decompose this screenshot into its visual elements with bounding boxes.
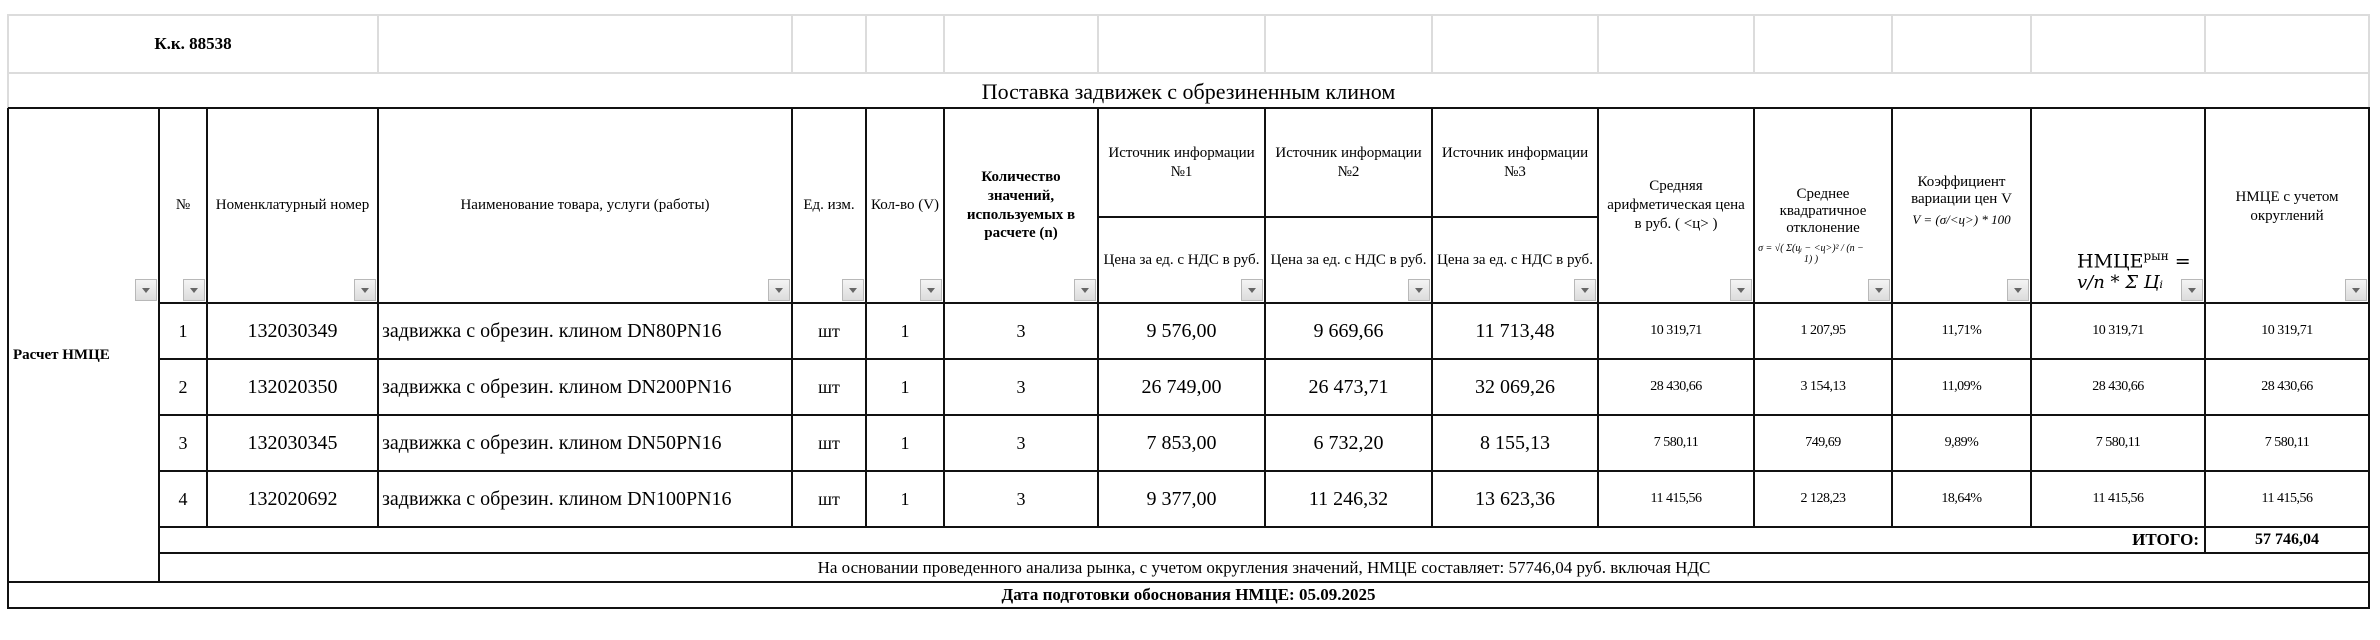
cv-formula: V = (σ/<ц>) * 100: [1912, 212, 2010, 228]
row-mean: 7 580,11: [1598, 415, 1754, 471]
filter-button-name[interactable]: [768, 279, 790, 301]
filter-button-count[interactable]: [1074, 279, 1096, 301]
row-count: 3: [944, 359, 1098, 415]
row-code: 132020692: [207, 471, 378, 527]
filter-button-qty[interactable]: [920, 279, 942, 301]
row-nmce: 10 319,71: [2031, 303, 2205, 359]
code-label: К.к. 88538: [8, 15, 378, 73]
filter-button-price-1[interactable]: [1241, 279, 1263, 301]
header-cv: Коэффициент вариации цен V: [1892, 174, 2031, 208]
row-cv: 11,71%: [1892, 303, 2031, 359]
filter-button-num[interactable]: [183, 279, 205, 301]
gridline: [865, 14, 867, 73]
header-rounded: НМЦЕ с учетом округлений: [2205, 108, 2369, 303]
header-nomenclature: Номенклатурный номер: [207, 108, 378, 303]
filter-button-nomenclature[interactable]: [354, 279, 376, 301]
row-price-2: 9 669,66: [1265, 303, 1432, 359]
header-unit: Ед. изм.: [792, 108, 866, 303]
row-qty: 1: [866, 359, 944, 415]
row-name: задвижка с обрезин. клином DN80PN16: [378, 303, 792, 359]
header-nmce-formula-cell: НМЦЕрын = v/n * Σ Цᵢ: [2031, 108, 2205, 303]
row-nmce: 28 430,66: [2031, 359, 2205, 415]
header-stddev-cell: Среднее квадратичное отклонение σ = √( Σ…: [1754, 108, 1892, 303]
row-cv: 11,09%: [1892, 359, 2031, 415]
row-count: 3: [944, 415, 1098, 471]
filter-button-side[interactable]: [135, 279, 157, 301]
header-cv-cell: Коэффициент вариации цен V V = (σ/<ц>) *…: [1892, 108, 2031, 303]
row-rounded: 7 580,11: [2205, 415, 2369, 471]
row-qty: 1: [866, 471, 944, 527]
gridline: [1597, 14, 1599, 73]
gridline: [1097, 14, 1099, 73]
row-num: 1: [159, 303, 207, 359]
gridline: [1891, 14, 1893, 73]
row-cv: 18,64%: [1892, 471, 2031, 527]
totals-value: 57 746,04: [2205, 527, 2369, 553]
row-price-3: 32 069,26: [1432, 359, 1598, 415]
row-name: задвижка с обрезин. клином DN200PN16: [378, 359, 792, 415]
row-unit: шт: [792, 415, 866, 471]
row-price-2: 11 246,32: [1265, 471, 1432, 527]
header-name: Наименование товара, услуги (работы): [378, 108, 792, 303]
header-source-2: Источник информации №2: [1265, 108, 1432, 217]
gridline: [2204, 14, 2206, 73]
nmce-formula-top: НМЦЕрын =: [2077, 249, 2191, 272]
row-count: 3: [944, 303, 1098, 359]
row-mean: 28 430,66: [1598, 359, 1754, 415]
row-num: 3: [159, 415, 207, 471]
row-unit: шт: [792, 359, 866, 415]
header-price-1: Цена за ед. с НДС в руб.: [1098, 217, 1265, 303]
side-label-calculation: Расчет НМЦЕ: [9, 330, 159, 380]
stddev-formula: σ = √( Σ(цᵢ − <ц>)² / (n − 1) ): [1754, 243, 1868, 265]
gridline: [943, 14, 945, 73]
gridline: [1264, 14, 1266, 73]
gridline: [1431, 14, 1433, 73]
row-stddev: 1 207,95: [1754, 303, 1892, 359]
row-num: 2: [159, 359, 207, 415]
row-nmce: 7 580,11: [2031, 415, 2205, 471]
document-title: Поставка задвижек с обрезиненным клином: [8, 76, 2369, 108]
row-price-1: 9 576,00: [1098, 303, 1265, 359]
row-unit: шт: [792, 471, 866, 527]
row-stddev: 749,69: [1754, 415, 1892, 471]
row-count: 3: [944, 471, 1098, 527]
row-mean: 11 415,56: [1598, 471, 1754, 527]
row-mean: 10 319,71: [1598, 303, 1754, 359]
row-num: 4: [159, 471, 207, 527]
row-name: задвижка с обрезин. клином DN50PN16: [378, 415, 792, 471]
row-unit: шт: [792, 303, 866, 359]
nmce-formula-bottom: v/n * Σ Цᵢ: [2077, 272, 2163, 293]
row-price-1: 9 377,00: [1098, 471, 1265, 527]
row-qty: 1: [866, 415, 944, 471]
header-qty: Кол-во (V): [866, 108, 944, 303]
row-qty: 1: [866, 303, 944, 359]
filter-button-mean[interactable]: [1730, 279, 1752, 301]
summary-text: На основании проведенного анализа рынка,…: [159, 553, 2369, 582]
header-stddev: Среднее квадратичное отклонение: [1754, 186, 1892, 237]
row-price-2: 26 473,71: [1265, 359, 1432, 415]
row-cv: 9,89%: [1892, 415, 2031, 471]
row-price-1: 7 853,00: [1098, 415, 1265, 471]
gridline: [791, 14, 793, 73]
row-stddev: 2 128,23: [1754, 471, 1892, 527]
date-text: Дата подготовки обоснования НМЦЕ: 05.09.…: [8, 582, 2369, 608]
filter-button-price-3[interactable]: [1574, 279, 1596, 301]
row-code: 132020350: [207, 359, 378, 415]
filter-button-unit[interactable]: [842, 279, 864, 301]
row-nmce: 11 415,56: [2031, 471, 2205, 527]
header-mean: Средняя арифметическая цена в руб. ( <ц>…: [1598, 108, 1754, 303]
header-count: Количество значений, используемых в расч…: [944, 108, 1098, 303]
filter-button-rounded[interactable]: [2345, 279, 2367, 301]
row-price-2: 6 732,20: [1265, 415, 1432, 471]
filter-button-cv[interactable]: [2007, 279, 2029, 301]
header-price-2: Цена за ед. с НДС в руб.: [1265, 217, 1432, 303]
gridline: [2030, 14, 2032, 73]
row-price-3: 11 713,48: [1432, 303, 1598, 359]
filter-button-stddev[interactable]: [1868, 279, 1890, 301]
filter-button-nmce[interactable]: [2181, 279, 2203, 301]
filter-button-price-2[interactable]: [1408, 279, 1430, 301]
row-rounded: 10 319,71: [2205, 303, 2369, 359]
row-price-3: 8 155,13: [1432, 415, 1598, 471]
row-name: задвижка с обрезин. клином DN100PN16: [378, 471, 792, 527]
row-price-3: 13 623,36: [1432, 471, 1598, 527]
row-code: 132030345: [207, 415, 378, 471]
row-rounded: 28 430,66: [2205, 359, 2369, 415]
row-code: 132030349: [207, 303, 378, 359]
row-price-1: 26 749,00: [1098, 359, 1265, 415]
header-num: №: [159, 108, 207, 303]
totals-label: ИТОГО:: [1900, 527, 2203, 553]
gridline: [1753, 14, 1755, 73]
row-stddev: 3 154,13: [1754, 359, 1892, 415]
header-source-1: Источник информации №1: [1098, 108, 1265, 217]
header-source-3: Источник информации №3: [1432, 108, 1598, 217]
row-rounded: 11 415,56: [2205, 471, 2369, 527]
